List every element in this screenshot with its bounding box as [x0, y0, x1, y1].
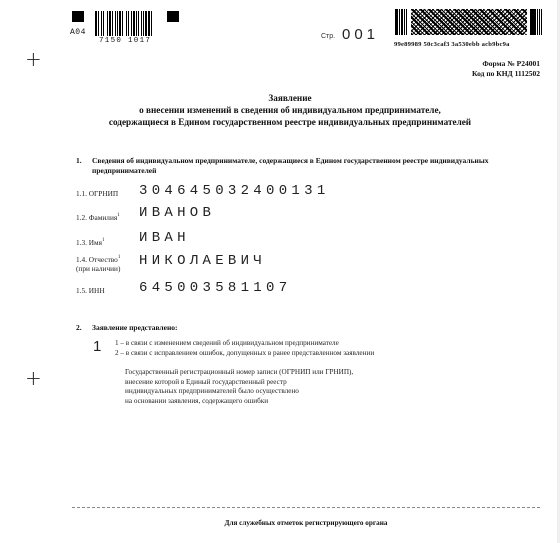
- field-value-1[interactable]: 304645032400131: [139, 183, 330, 199]
- field-label: 1.1. ОГРНИП: [76, 189, 118, 198]
- ogrnip-error-note: Государственный регистрационный номер за…: [125, 368, 353, 406]
- crosshair-mark-icon: +: [25, 49, 42, 69]
- form-identifier: Форма № Р24001 Код по КНД 1112502: [472, 59, 540, 79]
- option-1: 1 – в связи с изменением сведений об инд…: [115, 339, 374, 349]
- barcode-prefix: A04: [70, 28, 86, 37]
- matrix-barcode: [395, 9, 542, 35]
- form-number: Форма № Р24001: [472, 59, 540, 69]
- title-line: Заявление: [60, 92, 520, 104]
- knd-code: Код по КНД 1112502: [472, 69, 540, 79]
- matrix-code-text: 99e89989 50c3caf3 3a530ebb acb9bc9a: [394, 41, 510, 48]
- document-title: Заявление о внесении изменений в сведени…: [60, 92, 520, 128]
- section-1-title: Сведения об индивидуальном предпринимате…: [92, 156, 542, 176]
- section-2-title: Заявление представлено:: [92, 323, 178, 333]
- linear-barcode: [95, 11, 158, 36]
- field-label: 1.4. Отчество1(при наличии): [76, 253, 120, 273]
- title-line: о внесении изменений в сведения об индив…: [60, 104, 520, 116]
- field-label: 1.2. Фамилия1: [76, 211, 120, 222]
- note-line: индивидуальных предпринимателей было осу…: [125, 387, 353, 397]
- service-marks-label: Для служебных отметок регистрирующего ор…: [72, 519, 540, 527]
- note-line: Государственный регистрационный номер за…: [125, 368, 353, 378]
- registration-mark-left: [72, 11, 84, 22]
- crosshair-mark-icon: +: [25, 368, 42, 388]
- page-label: Стр.: [321, 33, 335, 40]
- field-value-5[interactable]: 645003581107: [139, 280, 291, 296]
- field-value-3[interactable]: ИВАН: [139, 230, 190, 246]
- field-value-4[interactable]: НИКОЛАЕВИЧ: [139, 253, 266, 269]
- title-line: содержащиеся в Едином государственном ре…: [60, 116, 520, 128]
- field-label: 1.3. Имя1: [76, 236, 105, 247]
- option-2: 2 – в связи с исправлением ошибок, допущ…: [115, 349, 374, 359]
- submission-reason-options: 1 – в связи с изменением сведений об инд…: [115, 339, 374, 358]
- submission-reason-value[interactable]: 1: [93, 338, 101, 355]
- registration-mark-right: [167, 11, 179, 22]
- note-line: на основании заявления, содержащего ошиб…: [125, 397, 353, 407]
- section-2-number: 2.: [76, 323, 82, 332]
- note-line: внесение которой в Единый государственны…: [125, 378, 353, 388]
- barcode-number: 7150 1017: [99, 37, 151, 45]
- field-value-2[interactable]: ИВАНОВ: [139, 205, 215, 221]
- cut-line: [72, 507, 540, 508]
- section-1-number: 1.: [76, 156, 82, 165]
- field-label: 1.5. ИНН: [76, 286, 105, 295]
- page-number: 001: [342, 26, 379, 43]
